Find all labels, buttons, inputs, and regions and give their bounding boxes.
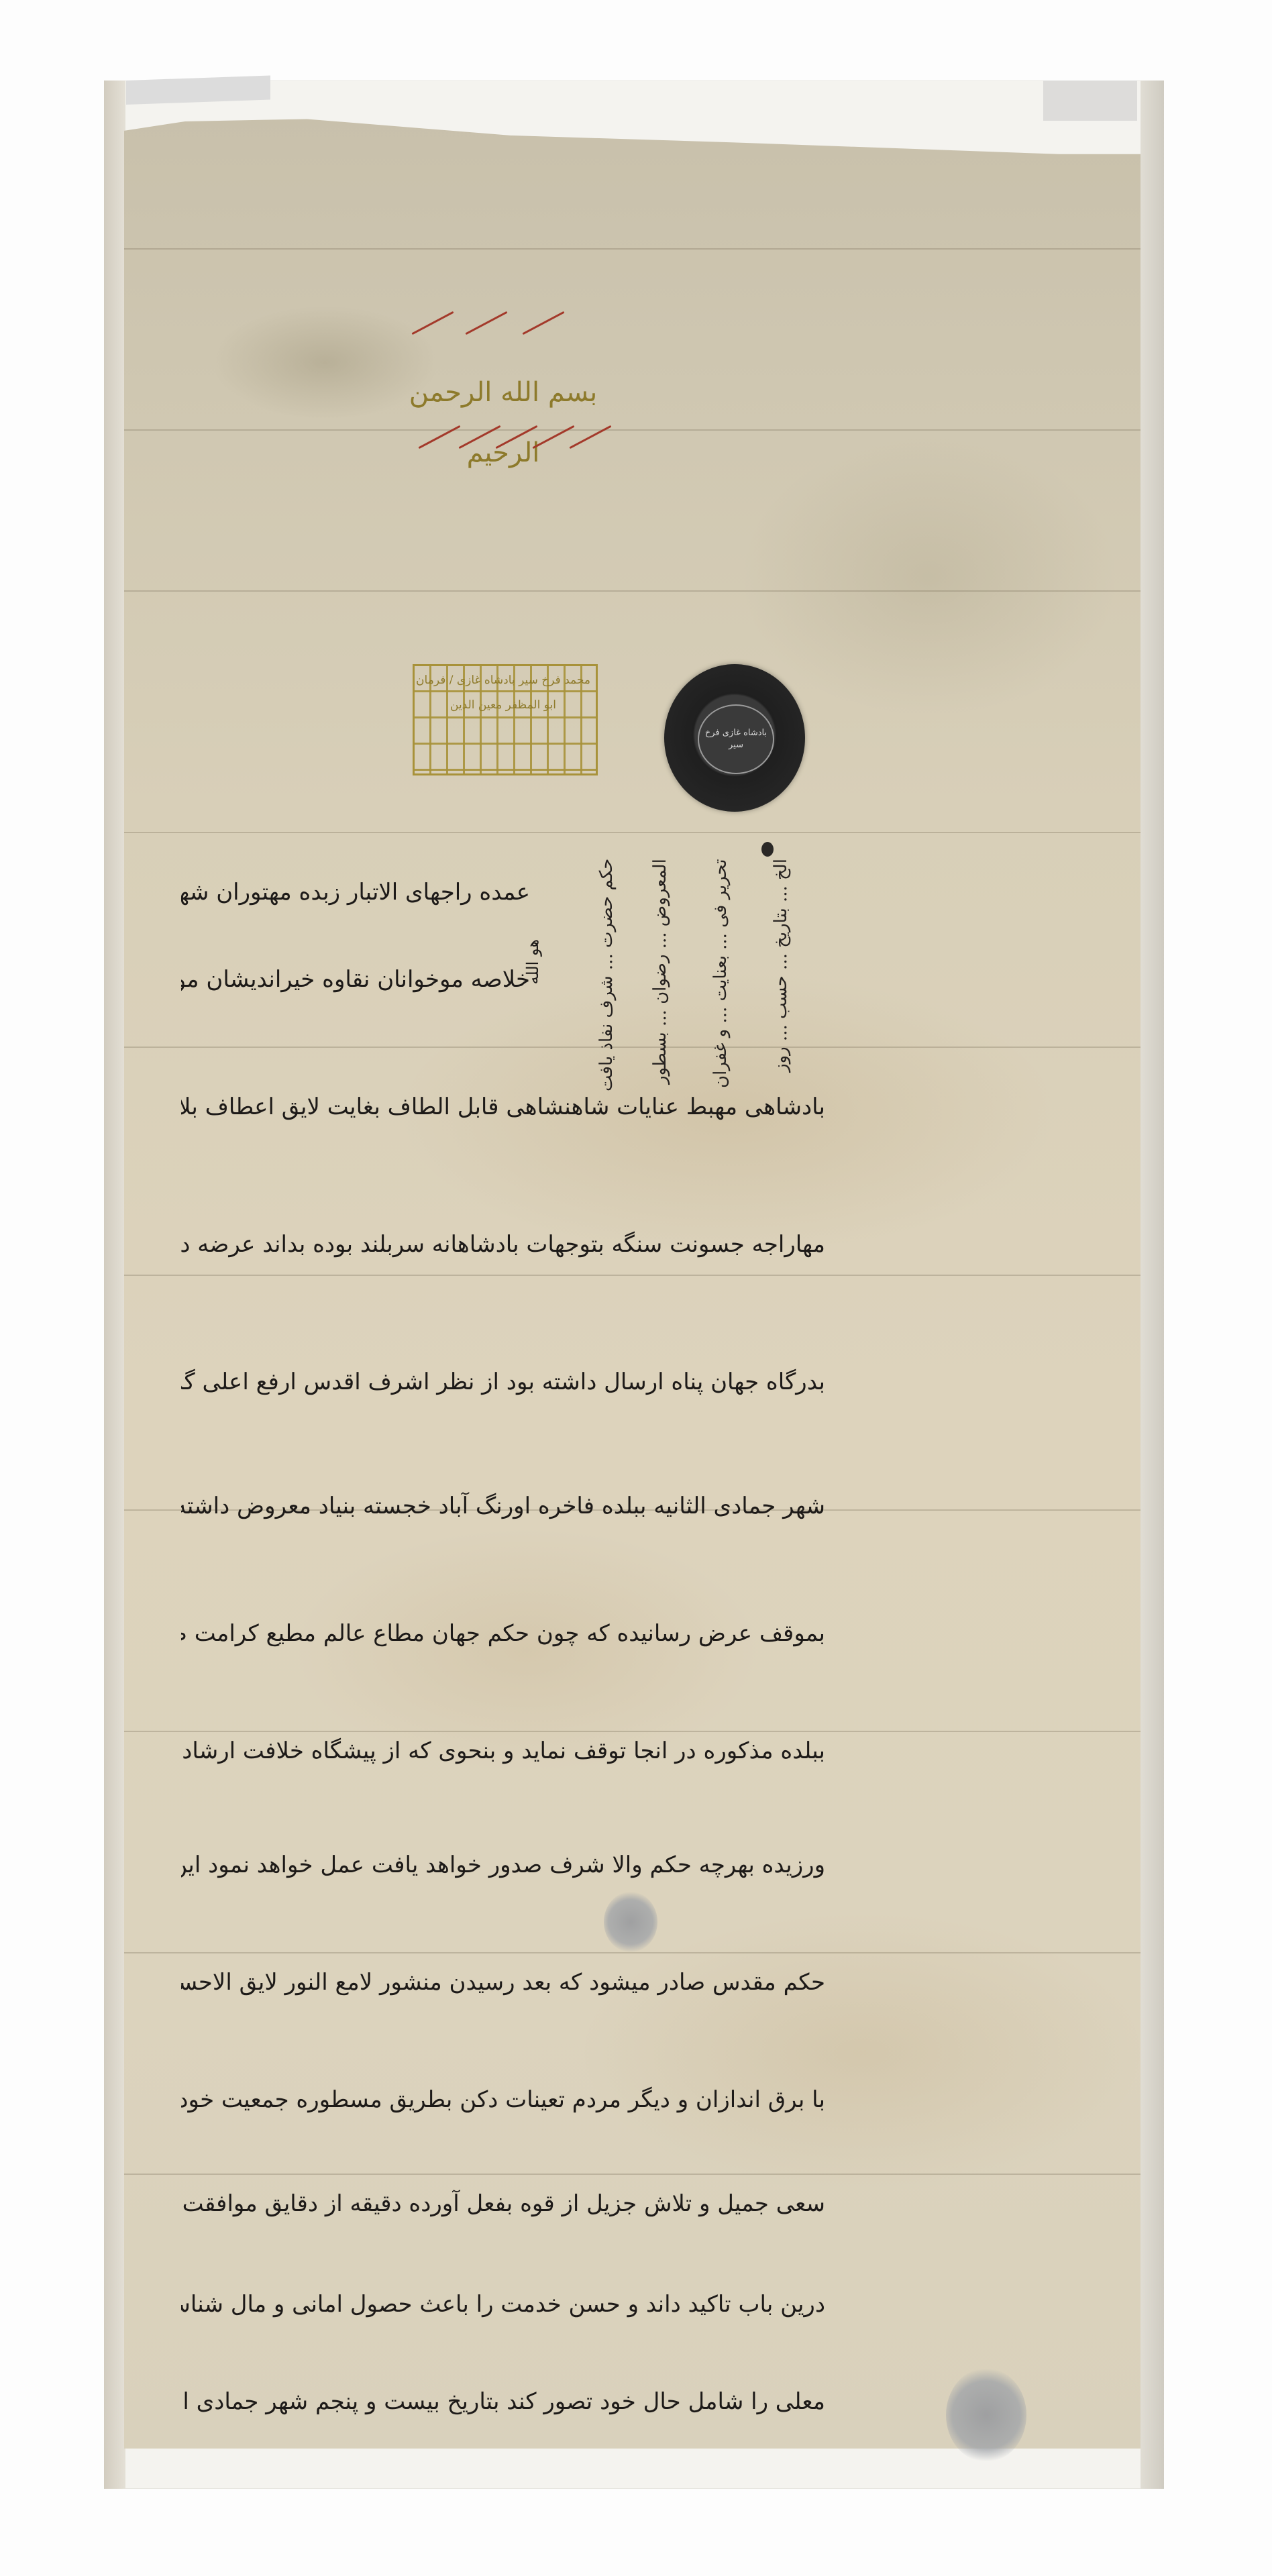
invocation-bismillah: بسم الله الرحمن الرحیم [403, 362, 604, 423]
marginal-note: الخ ... بتاریخ ... حسب ... روز [765, 859, 797, 1087]
body-line: مهاراجه جسونت سنگه بتوجهات بادشاهانه سرب… [181, 1218, 825, 1271]
fold-line [124, 1952, 1141, 1953]
hinge-tab-right [1043, 80, 1137, 121]
body-line: بادشاهی مهبط عنایات شاهنشاهی قابل الطاف … [181, 1080, 825, 1134]
body-line: بموقف عرض رسانیده که چون حکم جهان مطاع ع… [181, 1607, 825, 1660]
tughra-text: محمد فرخ سیر بادشاه غازی / فرمان ابو الم… [416, 668, 590, 769]
body-line: معلی را شامل حال خود تصور کند بتاریخ بیس… [181, 2375, 825, 2428]
seal-center-text: بادشاه غازی فرخ سیر [698, 704, 774, 774]
faint-seal-impression [604, 1892, 657, 1952]
mount-bevel-right [1141, 80, 1164, 2489]
fold-line [124, 1275, 1141, 1276]
marginal-note: حکم حضرت ... شرف نفاذ یافت [590, 859, 623, 1087]
ink-blot [761, 842, 774, 857]
hinge-tab-left [126, 75, 270, 105]
faint-seal-impression [946, 2368, 1026, 2462]
fold-line [124, 1046, 1141, 1048]
body-line: بدرگاه جهان پناه ارسال داشته بود از نظر … [181, 1355, 825, 1409]
body-line: با برق اندازان و دیگر مردم تعینات دکن بط… [181, 2073, 825, 2127]
fold-line [124, 2173, 1141, 2175]
body-line: ببلده مذکوره در انجا توقف نماید و بنحوی … [181, 1724, 825, 1778]
address-line: عمده راجهای الاتبار زبده مهتوران شهامت [181, 865, 530, 919]
marginal-note: المعروض ... رضوان ... بسطور [644, 859, 676, 1087]
mount-bevel-left [104, 80, 125, 2489]
body-line: شهر جمادی الثانیه ببلده فاخره اورنگ آباد… [181, 1479, 825, 1533]
body-line: سعی جمیل و تلاش جزیل از قوه بفعل آورده د… [181, 2177, 825, 2231]
marginal-note: تحریر فی ... بعنایت ... و غفران [704, 859, 737, 1087]
address-line: خلاصه موخوانان نقاوه خیراندیشان مورد مرا… [181, 953, 530, 1006]
body-line: درین باب تاکید داند و حسن خدمت را باعث ح… [181, 2277, 825, 2331]
fold-line [124, 832, 1141, 833]
fold-line [124, 590, 1141, 592]
fold-line [124, 248, 1141, 250]
body-line: حکم مقدس صادر میشود که بعد رسیدن منشور ل… [181, 1955, 825, 2009]
fold-line [124, 429, 1141, 431]
body-line: ورزیده بهرچه حکم والا شرف صدور خواهد یاف… [181, 1838, 825, 1892]
